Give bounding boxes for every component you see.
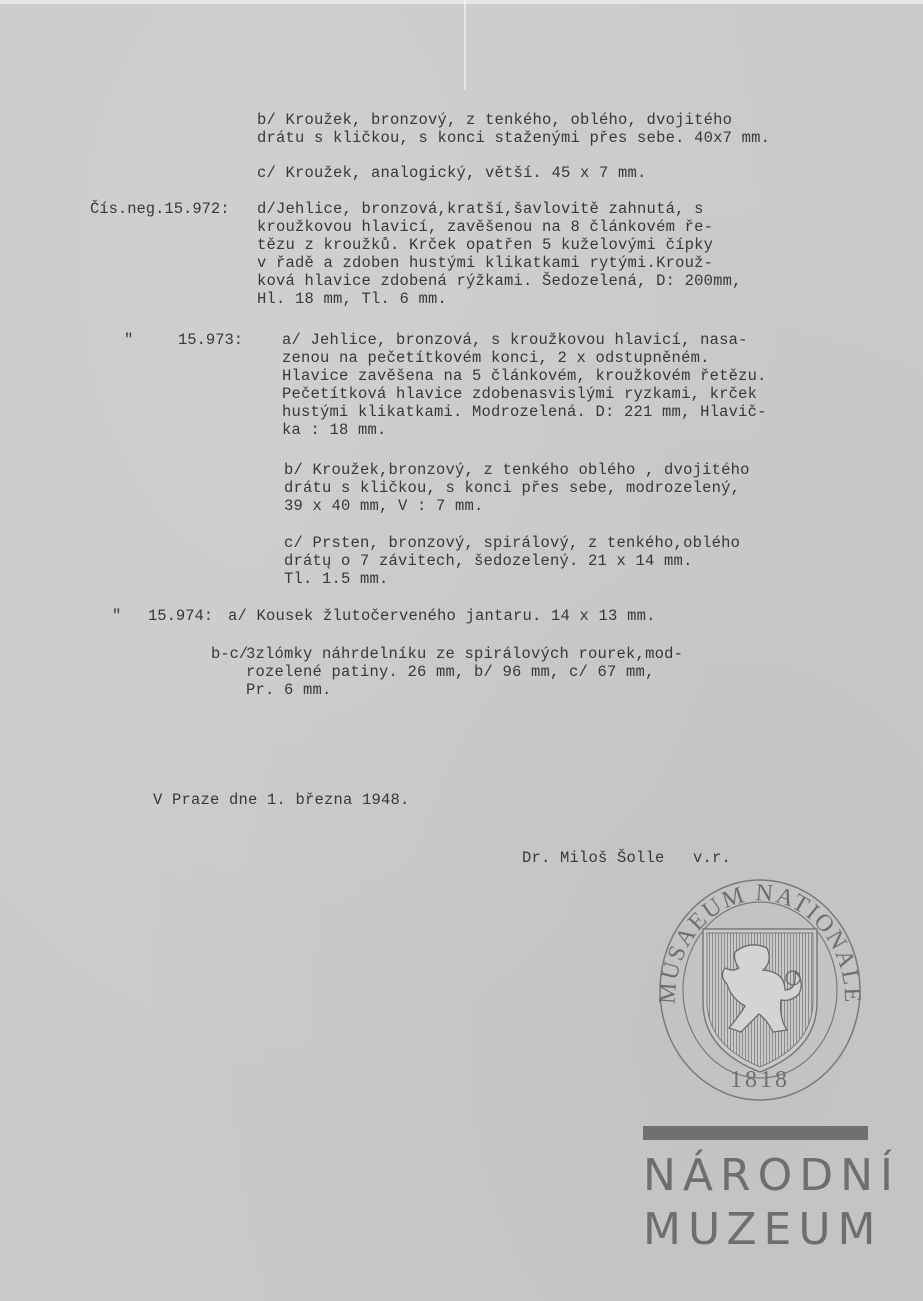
watermark-line-1: NÁRODNÍ — [643, 1152, 873, 1200]
text-line: drátų o 7 závitech, šedozelený. 21 x 14 … — [284, 553, 693, 570]
text-line: d/Jehlice, bronzová,kratší,šavlovitě zah… — [257, 201, 704, 218]
ditto-mark: " — [124, 332, 133, 349]
logo-bar — [643, 1126, 868, 1140]
text-line: Pečetítková hlavice zdobenasvislými ryzk… — [282, 386, 757, 403]
text-line: Hl. 18 mm, Tl. 6 mm. — [257, 291, 447, 308]
watermark-line-2: MUZEUM — [643, 1206, 873, 1254]
sub-item-label: b-c/ — [211, 646, 248, 663]
seal-year: 1818 — [730, 1067, 790, 1093]
text-line: ka : 18 mm. — [282, 422, 387, 439]
page-edge — [0, 0, 923, 4]
text-line: v řadě a zdoben hustými klikatkami rytým… — [257, 255, 713, 272]
document-page: b/ Kroužek, bronzový, z tenkého, oblého,… — [0, 0, 923, 1301]
text-line: kroužkovou hlavicí, zavěšenou na 8 článk… — [257, 219, 713, 236]
text-line: drátu s kličkou, s konci staženými přes … — [257, 130, 770, 147]
place-date: V Praze dne 1. března 1948. — [153, 792, 410, 809]
text-line: c/ Kroužek, analogický, větší. 45 x 7 mm… — [257, 165, 647, 182]
negative-number-label: Čís.neg.15.972: — [90, 201, 230, 218]
negative-number-label: 15.973: — [178, 332, 243, 349]
text-line: 3zlómky náhrdelníku ze spirálových roure… — [246, 646, 683, 663]
text-line: b/ Kroužek,bronzový, z tenkého oblého , … — [284, 462, 750, 479]
text-line: rozelené patiny. 26 mm, b/ 96 mm, c/ 67 … — [246, 664, 655, 681]
museum-seal: MUSAEUM NATIONALE 1818 — [655, 872, 865, 1102]
negative-number-label: 15.974: — [148, 608, 213, 625]
text-line: Pr. 6 mm. — [246, 682, 332, 699]
paper-crease — [464, 0, 466, 90]
text-line: c/ Prsten, bronzový, spirálový, z tenkéh… — [284, 535, 740, 552]
text-line: Tl. 1.5 mm. — [284, 571, 389, 588]
text-line: Hlavice zavěšena na 5 článkovém, kroužko… — [282, 368, 767, 385]
text-line: a/ Jehlice, bronzová, s kroužkovou hlavi… — [282, 332, 748, 349]
text-line: a/ Kousek žlutočerveného jantaru. 14 x 1… — [228, 608, 656, 625]
text-line: drátu s kličkou, s konci přes sebe, modr… — [284, 480, 740, 497]
ditto-mark: " — [112, 608, 121, 625]
text-line: tězu z kroužků. Krček opatřen 5 kuželový… — [257, 237, 713, 254]
text-line: b/ Kroužek, bronzový, z tenkého, oblého,… — [257, 112, 732, 129]
text-line: zenou na pečetítkovém konci, 2 x odstupn… — [282, 350, 710, 367]
text-line: hustými klikatkami. Modrozelená. D: 221 … — [282, 404, 767, 421]
lion-shield-icon — [703, 929, 817, 1072]
text-line: 39 x 40 mm, V : 7 mm. — [284, 498, 484, 515]
signature: Dr. Miloš Šolle v.r. — [522, 850, 731, 867]
text-line: ková hlavice zdobená rýžkami. Šedozelená… — [257, 273, 742, 290]
